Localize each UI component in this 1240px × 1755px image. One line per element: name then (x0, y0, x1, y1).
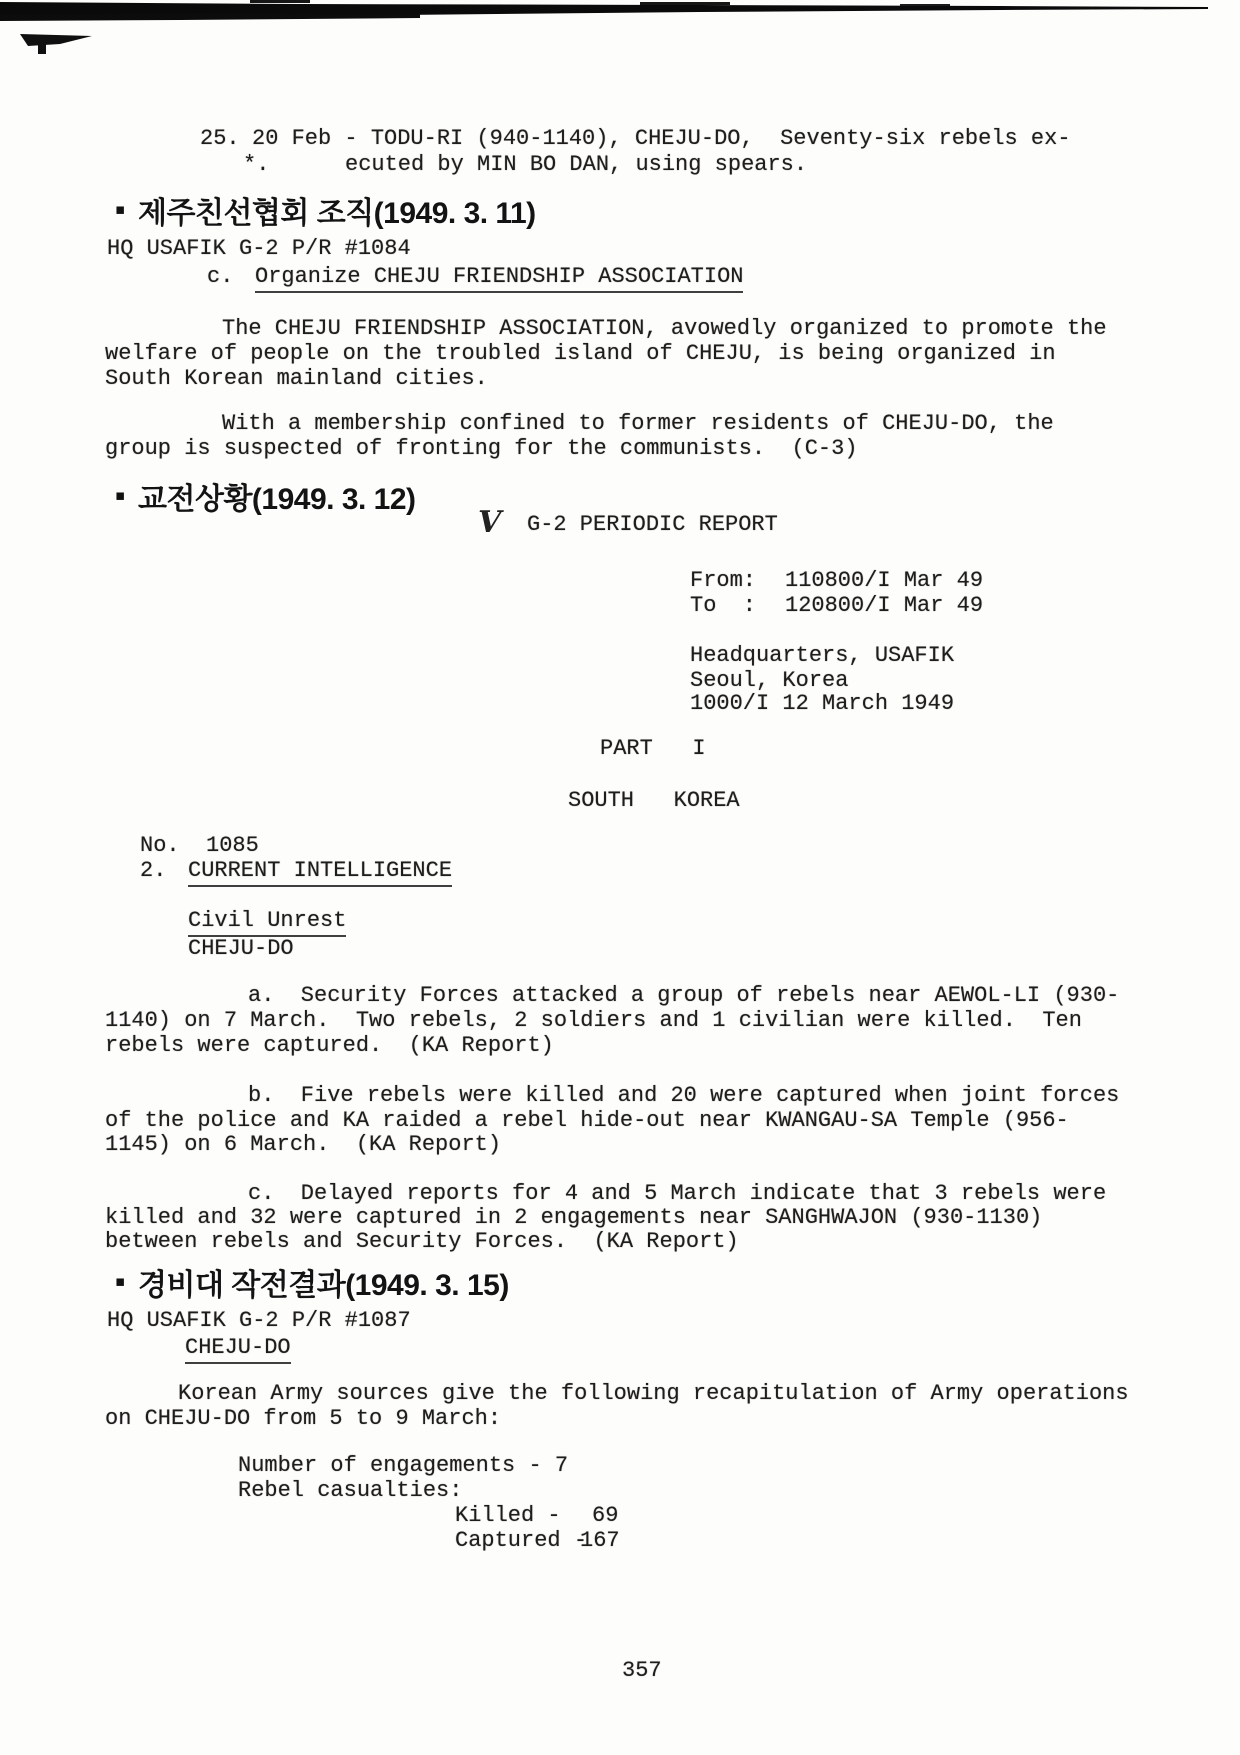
document-page: 25. 20 Feb - TODU-RI (940-1140), CHEJU-D… (0, 0, 1240, 1755)
para-c-line: killed and 32 were captured in 2 engagem… (105, 1205, 1042, 1230)
stat-killed-value: 69 (592, 1503, 618, 1528)
friendship-para2-line: group is suspected of fronting for the c… (105, 436, 858, 461)
headquarters-line: Seoul, Korea (690, 668, 848, 693)
checkmark-icon: V (478, 505, 501, 540)
stat-engagements: Number of engagements - 7 (238, 1453, 568, 1478)
friendship-para1-line: The CHEJU FRIENDSHIP ASSOCIATION, avowed… (222, 316, 1107, 341)
to-value: 120800/I Mar 49 (785, 593, 983, 618)
friendship-para2-line: With a membership confined to former res… (222, 411, 1054, 436)
para-b-line: b. Five rebels were killed and 20 were c… (248, 1083, 1119, 1108)
item-c-letter: c. (207, 264, 233, 289)
stat-captured-label: Captured - (455, 1528, 587, 1553)
bullet-square-icon: ▪ (115, 200, 125, 218)
stat-casualties-label: Rebel casualties: (238, 1478, 462, 1503)
bullet-square-icon: ▪ (115, 1272, 125, 1290)
entry-25-marker: *. (243, 152, 269, 177)
para-c-line: c. Delayed reports for 4 and 5 March ind… (248, 1181, 1106, 1206)
para-a-line: rebels were captured. (KA Report) (105, 1033, 554, 1058)
stat-killed-label: Killed - (455, 1503, 561, 1528)
para-b-line: of the police and KA raided a rebel hide… (105, 1108, 1069, 1133)
from-value: 110800/I Mar 49 (785, 568, 983, 593)
part-heading: PART I (600, 736, 706, 761)
item-2-number: 2. (140, 858, 166, 883)
bullet-square-icon: ▪ (115, 486, 125, 504)
para-c-line: between rebels and Security Forces. (KA … (105, 1229, 739, 1254)
recap-para-line: on CHEJU-DO from 5 to 9 March: (105, 1406, 501, 1431)
subhead-cheju-do: CHEJU-DO (188, 936, 294, 961)
recap-para-line: Korean Army sources give the following r… (178, 1381, 1129, 1406)
annotation-cheju-friendship-association: 제주친선협회 조직(1949. 3. 11) (138, 188, 536, 232)
page-number: 357 (622, 1658, 662, 1683)
scan-edge-artifact (0, 0, 1240, 60)
friendship-para1-line: South Korean mainland cities. (105, 366, 488, 391)
report-number: No. 1085 (140, 833, 259, 858)
headquarters-line: Headquarters, USAFIK (690, 643, 954, 668)
stat-captured-value: 167 (580, 1528, 620, 1553)
region-heading: SOUTH KOREA (568, 788, 740, 813)
item-c-title: Organize CHEJU FRIENDSHIP ASSOCIATION (255, 264, 743, 293)
entry-25-line1: 20 Feb - TODU-RI (940-1140), CHEJU-DO, S… (252, 126, 1071, 151)
para-a-line: a. Security Forces attacked a group of r… (248, 983, 1119, 1008)
item-2-title: CURRENT INTELLIGENCE (188, 858, 452, 887)
to-label: To : (690, 593, 756, 618)
report-title: G-2 PERIODIC REPORT (527, 512, 778, 537)
entry-25-number: 25. (200, 126, 240, 151)
recap-subhead-cheju-do: CHEJU-DO (185, 1335, 291, 1364)
annotation-constabulary-operation-results: 경비대 작전결과(1949. 3. 15) (138, 1260, 509, 1304)
source-line-1084: HQ USAFIK G-2 P/R #1084 (107, 236, 411, 261)
para-a-line: 1140) on 7 March. Two rebels, 2 soldiers… (105, 1008, 1082, 1033)
subhead-civil-unrest: Civil Unrest (188, 908, 346, 937)
annotation-engagement-situation: 교전상황(1949. 3. 12) (138, 474, 416, 518)
friendship-para1-line: welfare of people on the troubled island… (105, 341, 1056, 366)
entry-25-line2: ecuted by MIN BO DAN, using spears. (345, 152, 807, 177)
source-line-1087: HQ USAFIK G-2 P/R #1087 (107, 1308, 411, 1333)
para-b-line: 1145) on 6 March. (KA Report) (105, 1132, 501, 1157)
headquarters-line: 1000/I 12 March 1949 (690, 691, 954, 716)
from-label: From: (690, 568, 756, 593)
